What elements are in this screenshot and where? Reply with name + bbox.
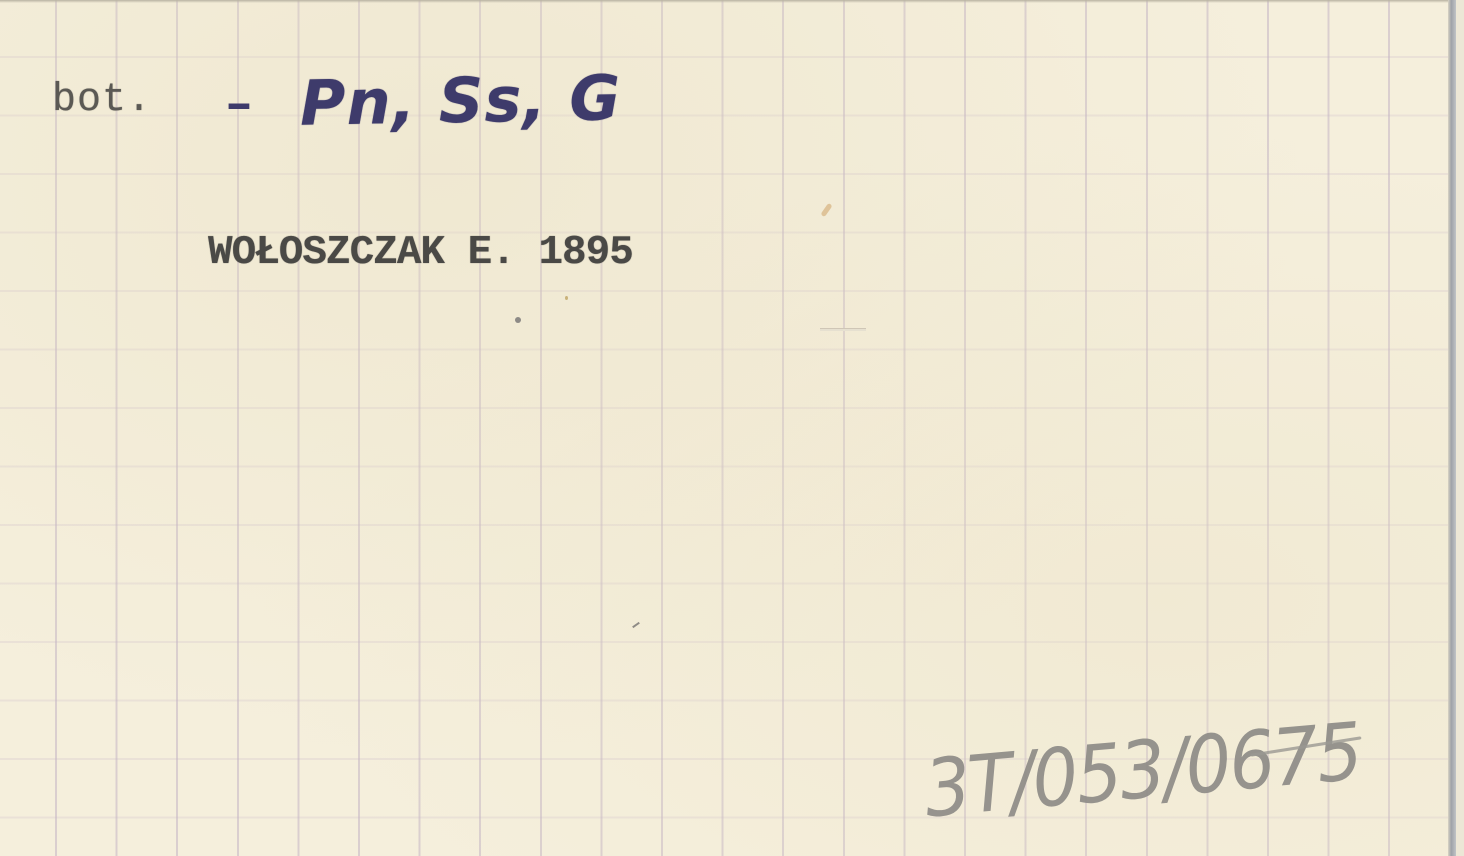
pencil-reference-number: 3T/053/0675 [921, 705, 1364, 835]
pencil-tick [632, 622, 640, 628]
author-entry: WOŁOSZCZAK E. 1895 [208, 230, 633, 276]
handwritten-dash: – [226, 78, 252, 129]
scan-right-edge [1448, 0, 1456, 856]
paper-speck [565, 296, 568, 300]
catalog-card: bot. – Pn, Ss, G WOŁOSZCZAK E. 1895 3T/0… [0, 0, 1456, 856]
ink-speck [515, 317, 521, 323]
field-label: bot. [52, 78, 152, 123]
handwritten-codes: Pn, Ss, G [299, 61, 622, 140]
paper-scratch [820, 328, 866, 331]
paper-stain [820, 203, 832, 217]
card-top-edge [0, 0, 1456, 3]
